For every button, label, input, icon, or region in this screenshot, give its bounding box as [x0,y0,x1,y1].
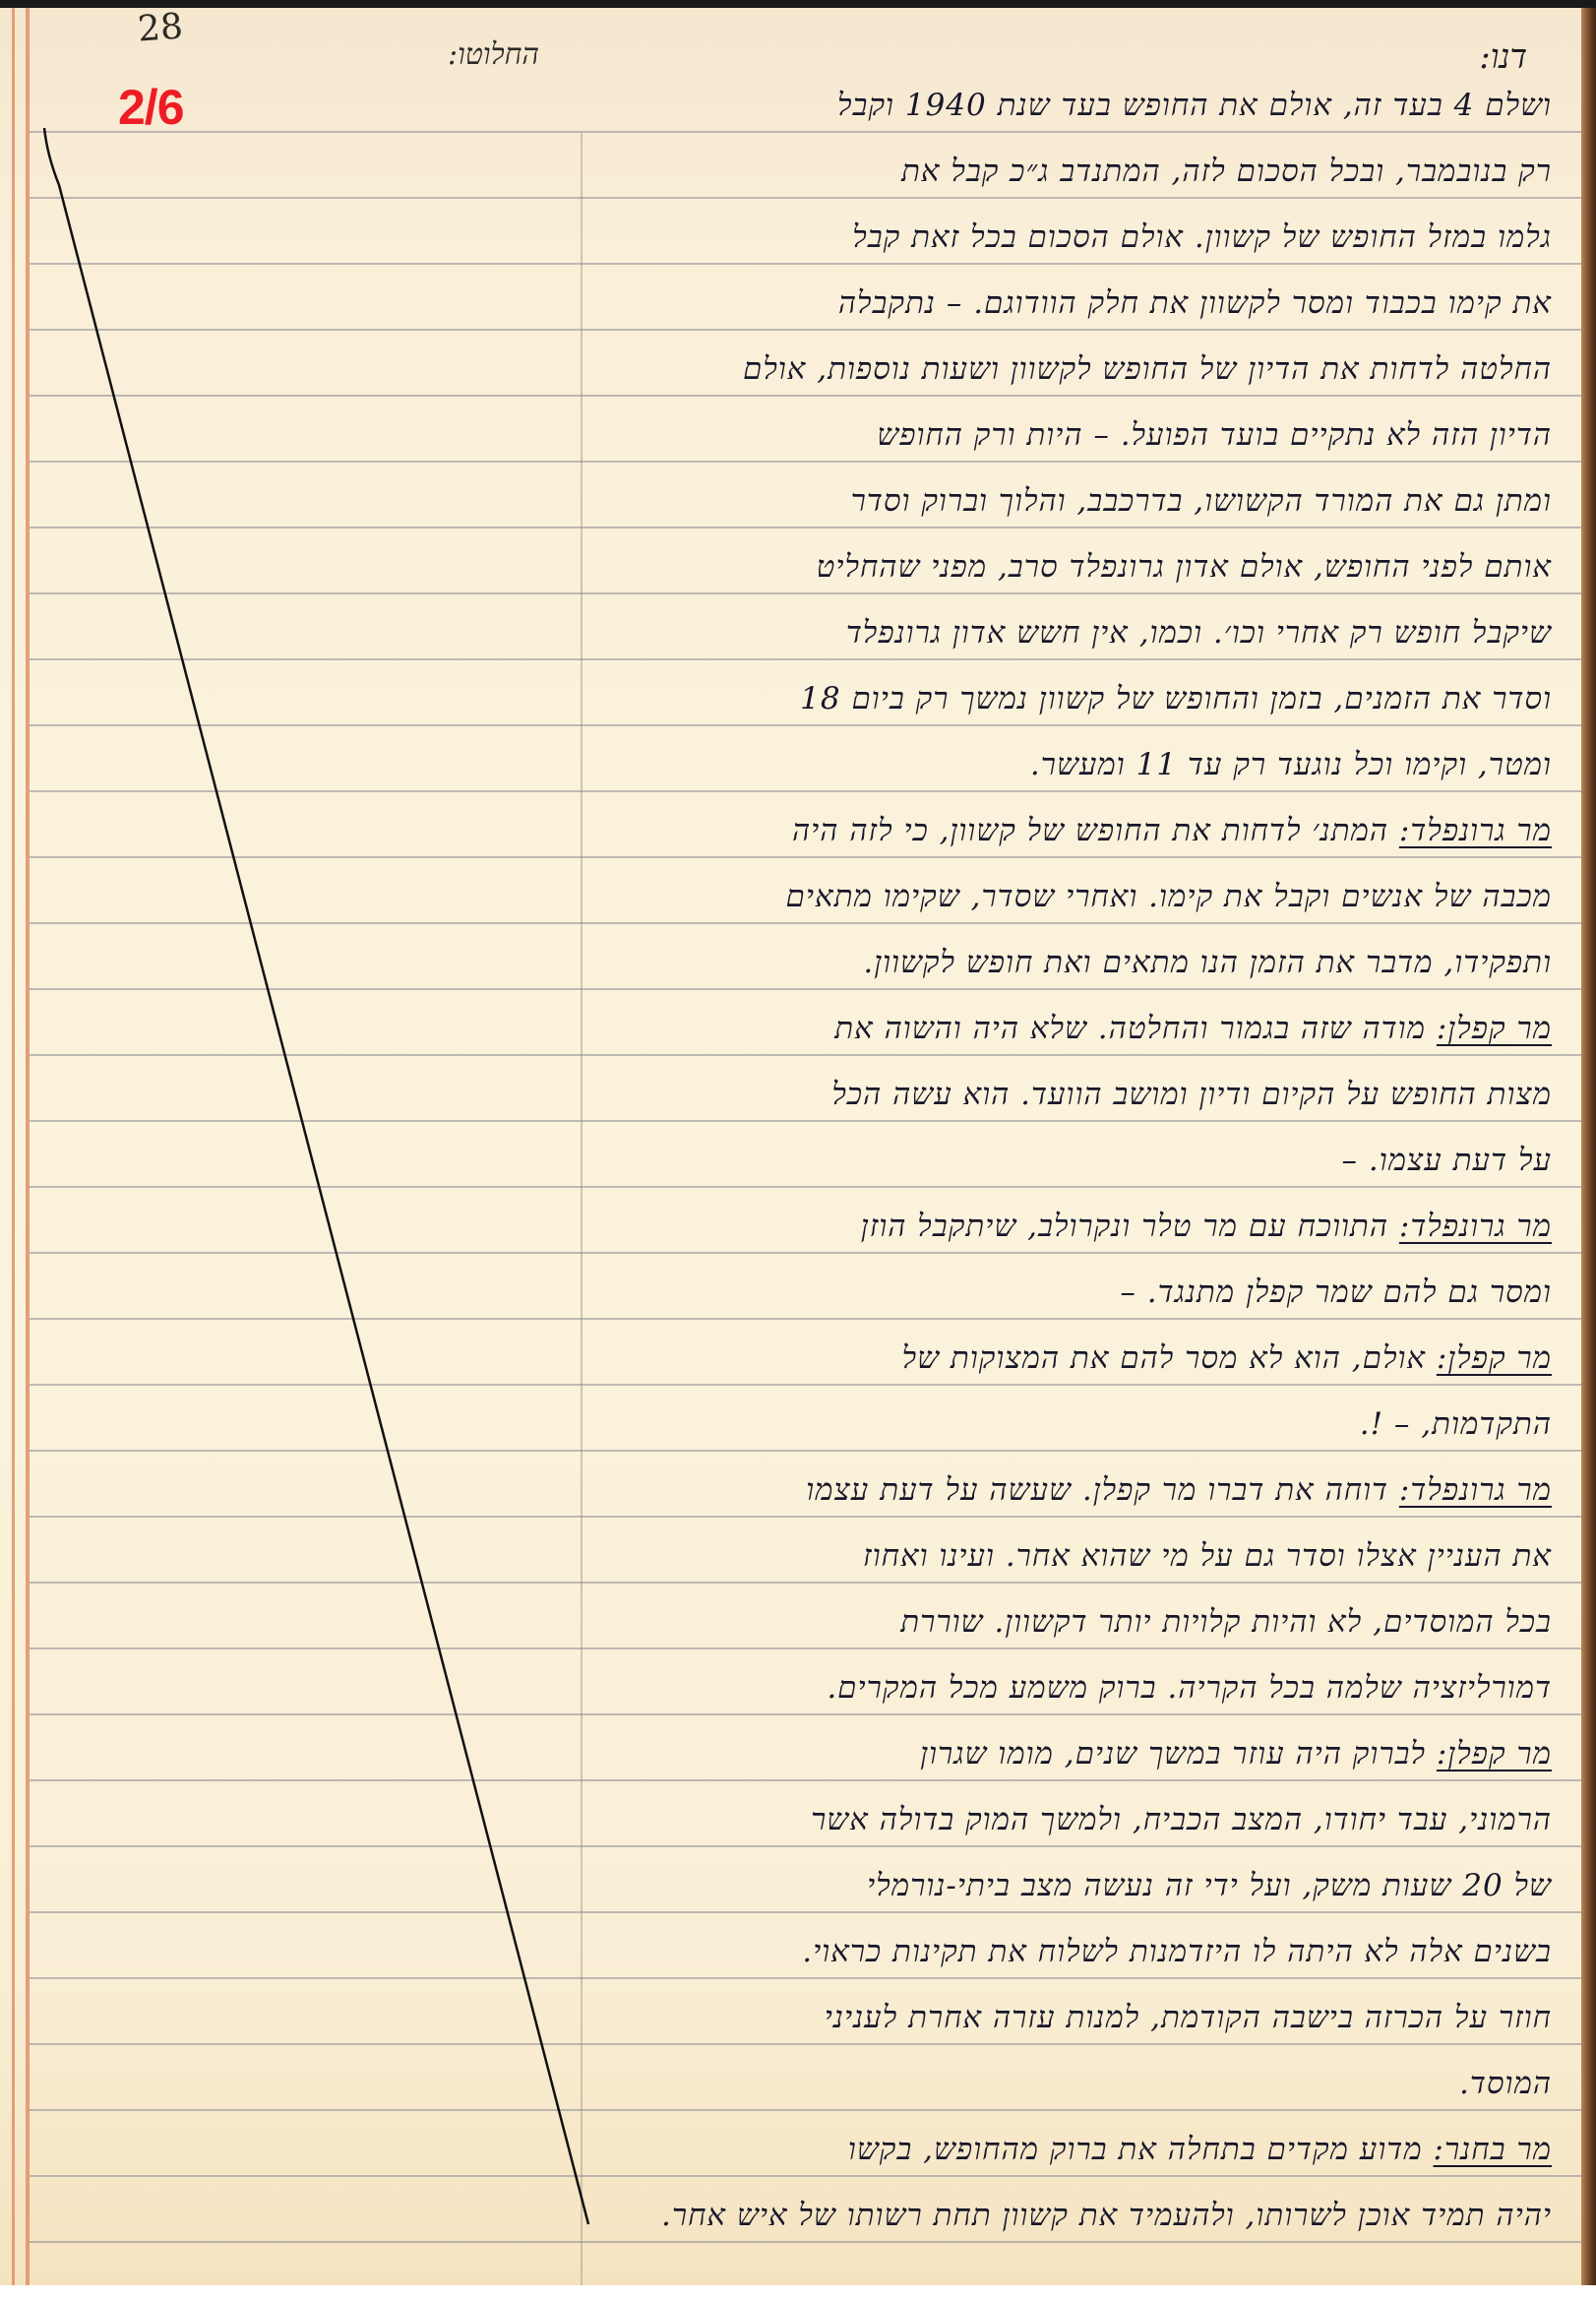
notebook-page: 28 2/6 החלוטו: דנו: ושלם 4 בעד זה, אולם … [0,8,1581,2285]
text-line: ומטר, וקימו וכל נוגעד רק עד 11 ומעשר. [592,737,1552,792]
text-line: מצות החופש על הקיום ודיון ומושב הוועד. ה… [592,1067,1552,1122]
heading-decisions: החלוטו: [448,37,539,72]
text-line: מר גרונפלד: התווכח עם מר טלר ונקרולב, שי… [592,1199,1552,1254]
text-line: חוזר על הכרזה בישבה הקודמת, למנות עזרה א… [592,1990,1552,2045]
line-text: לברוק היה עוזר במשך שנים, מומו שגרון [920,1736,1426,1772]
text-line: בשנים אלה לא היתה לו היזדמנות לשלוח את ת… [592,1924,1552,1979]
line-text: אולם, הוא לא מסר להם את המצוקות של [902,1340,1426,1376]
speaker-name: מר קפלן: [1437,1340,1552,1376]
text-line: בכל המוסדים, לא והיות קלויות יותר דקשוון… [592,1594,1552,1649]
text-line: דמורליזציה שלמה בכל הקריה. ברוק משמע מכל… [592,1660,1552,1715]
line-text: התקדמות, – !. [1360,1406,1552,1442]
line-text: של 20 שעות משק, ועל ידי זה נעשה מצב ביתי… [867,1868,1552,1903]
line-text: על דעת עצמו. – [1341,1143,1552,1178]
text-line: את העניין אצלו וסדר גם על מי שהוא אחר. ו… [592,1528,1552,1584]
line-text: מצות החופש על הקיום ודיון ומושב הוועד. ה… [831,1077,1552,1112]
text-line: ושלם 4 בעד זה, אולם את החופש בעד שנת 194… [592,78,1552,133]
line-text: מודה שזה בגמור והחלטה. שלא היה והשוה את [834,1011,1426,1046]
text-line: אותם לפני החופש, אולם אדון גרונפלד סרב, … [592,539,1552,594]
text-line: מכבה של אנשים וקבל את קימו. ואחרי שסדר, … [592,869,1552,924]
line-text: ומתן גם את המורד הקשושו, בדרכבב, והלוך ו… [851,483,1552,519]
text-line: מר קפלן: מודה שזה בגמור והחלטה. שלא היה … [592,1001,1552,1056]
line-text: בכל המוסדים, לא והיות קלויות יותר דקשוון… [900,1604,1552,1640]
left-margin-line-double [26,8,30,2285]
heading-discussed: דנו: [1479,37,1527,77]
speaker-name: מר בחנר: [1434,2132,1553,2167]
scan-bottom-margin [0,2285,1596,2300]
text-line: מר גרונפלד: המתנ׳ לדחות את החופש של קשוו… [592,803,1552,858]
line-text: גלמו במזל החופש של קשוון. אולם הסכום בכל… [852,219,1552,255]
text-line: מר קפלן: לברוק היה עוזר במשך שנים, מומו … [592,1726,1552,1781]
page-stamp-label: 2/6 [118,79,184,136]
speaker-name: מר קפלן: [1437,1011,1552,1046]
text-line: מר בחנר: מדוע מקדים בתחלה את ברוק מהחופש… [592,2122,1552,2177]
text-line: המוסד. [592,2056,1552,2111]
text-line: התקדמות, – !. [592,1397,1552,1452]
text-line: גלמו במזל החופש של קשוון. אולם הסכום בכל… [592,210,1552,265]
text-line: ומסר גם להם שמר קפלן מתנגד. – [592,1265,1552,1320]
line-text: דוחה את דברו מר קפלן. שעשה על דעת עצמו [806,1472,1388,1508]
line-text: בשנים אלה לא היתה לו היזדמנות לשלוח את ת… [802,1934,1552,1969]
line-text: את קימו בכבוד ומסר לקשוון את חלק הוודוגם… [838,285,1552,321]
notebook-binding-edge [1581,8,1596,2285]
line-text: אותם לפני החופש, אולם אדון גרונפלד סרב, … [817,549,1552,585]
handwritten-page-number: 28 [137,8,185,50]
line-text: יהיה תמיד אוכן לשרותו, ולהעמיד את קשוון … [661,2198,1552,2233]
speaker-name: מר גרונפלד: [1399,813,1552,848]
line-text: שיקבל חופש רק אחרי וכו׳. וכמו, אין חשש א… [846,615,1552,651]
text-line: החלטה לדחות את הדיון של החופש לקשוון ושע… [592,342,1552,397]
line-text: את העניין אצלו וסדר גם על מי שהוא אחר. ו… [863,1538,1552,1574]
line-text: ומסר גם להם שמר קפלן מתנגד. – [1120,1274,1552,1310]
text-line: על דעת עצמו. – [592,1133,1552,1188]
line-text: החלטה לדחות את הדיון של החופש לקשוון ושע… [743,351,1552,387]
line-text: המתנ׳ לדחות את החופש של קשוון, כי לזה הי… [792,813,1388,848]
speaker-name: מר קפלן: [1437,1736,1552,1772]
line-text: וסדר את הזמנים, בזמן והחופש של קשוון נמש… [800,681,1552,716]
line-text: מכבה של אנשים וקבל את קימו. ואחרי שסדר, … [786,879,1552,914]
text-line: הרמוני, עבד יחודו, המצב הכביח, ולמשך המו… [592,1792,1552,1847]
text-line: ומתן גם את המורד הקשושו, בדרכבב, והלוך ו… [592,473,1552,528]
text-line: יהיה תמיד אוכן לשרותו, ולהעמיד את קשוון … [592,2188,1552,2243]
left-margin-line [12,8,15,2285]
speaker-name: מר גרונפלד: [1399,1209,1552,1244]
text-line: מר גרונפלד: דוחה את דברו מר קפלן. שעשה ע… [592,1462,1552,1518]
line-text: התווכח עם מר טלר ונקרולב, שיתקבל הוזן [861,1209,1388,1244]
line-text: ותפקידו, מדבר את הזמן הנו מתאים ואת חופש… [863,945,1552,980]
speaker-name: מר גרונפלד: [1399,1472,1552,1508]
line-text: ושלם 4 בעד זה, אולם את החופש בעד שנת 194… [837,88,1552,123]
scan-top-border [0,0,1596,8]
text-line: הדיון הזה לא נתקיים בועד הפועל. – היות ו… [592,407,1552,463]
text-line: וסדר את הזמנים, בזמן והחופש של קשוון נמש… [592,671,1552,726]
text-line: ותפקידו, מדבר את הזמן הנו מתאים ואת חופש… [592,935,1552,990]
line-text: דמורליזציה שלמה בכל הקריה. ברוק משמע מכל… [827,1670,1552,1706]
line-text: רק בנובמבר, ובכל הסכום לזה, המתנדב ג״כ ק… [901,154,1552,189]
line-text: המוסד. [1459,2066,1552,2101]
line-text: ומטר, וקימו וכל נוגעד רק עד 11 ומעשר. [1030,747,1552,782]
text-margin-line [581,133,583,2285]
text-line: שיקבל חופש רק אחרי וכו׳. וכמו, אין חשש א… [592,605,1552,660]
line-text: חוזר על הכרזה בישבה הקודמת, למנות עזרה א… [825,2000,1552,2035]
line-text: מדוע מקדים בתחלה את ברוק מהחופש, בקשו [848,2132,1423,2167]
text-line: את קימו בכבוד ומסר לקשוון את חלק הוודוגם… [592,276,1552,331]
text-line: של 20 שעות משק, ועל ידי זה נעשה מצב ביתי… [592,1858,1552,1913]
text-line: מר קפלן: אולם, הוא לא מסר להם את המצוקות… [592,1331,1552,1386]
text-line: רק בנובמבר, ובכל הסכום לזה, המתנדב ג״כ ק… [592,144,1552,199]
line-text: הדיון הזה לא נתקיים בועד הפועל. – היות ו… [877,417,1552,453]
line-text: הרמוני, עבד יחודו, המצב הכביח, ולמשך המו… [811,1802,1552,1837]
